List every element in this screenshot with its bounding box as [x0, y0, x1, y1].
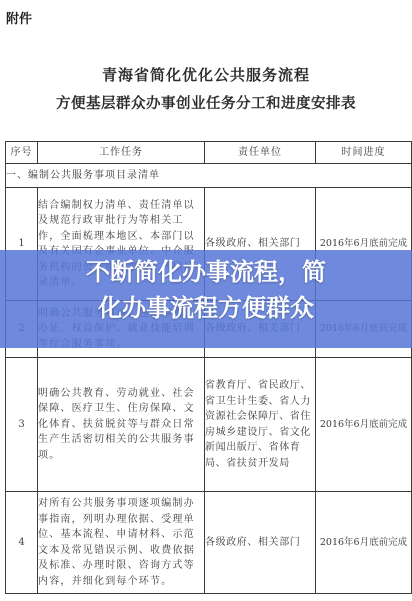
row-time: 2016年6月底前完成: [316, 492, 412, 594]
document-title-line1: 青海省简化优化公共服务流程: [0, 64, 412, 85]
headline-line1: 不断简化办事流程，简: [0, 254, 412, 290]
section-title: 一、编制公共服务事项目录清单: [6, 164, 412, 188]
header-time: 时间进度: [316, 142, 412, 164]
task-schedule-table: 序号 工作任务 责任单位 时间进度 一、编制公共服务事项目录清单 1 结合编制权…: [5, 141, 412, 594]
headline-overlay-text: 不断简化办事流程，简 化办事流程方便群众: [0, 254, 412, 326]
row-no: 3: [6, 358, 38, 492]
row-task: 明确公共教育、劳动就业、社会保障、医疗卫生、住房保障、文化体育、扶贫脱贫等与群众…: [38, 358, 205, 492]
attachment-label: 附件: [6, 8, 32, 27]
header-task: 工作任务: [38, 142, 205, 164]
headline-line2: 化办事流程方便群众: [0, 290, 412, 326]
table-header-row: 序号 工作任务 责任单位 时间进度: [6, 142, 412, 164]
row-time: 2016年6月底前完成: [316, 358, 412, 492]
section-row: 一、编制公共服务事项目录清单: [6, 164, 412, 188]
row-unit: 各级政府、相关部门: [205, 492, 316, 594]
row-no: 4: [6, 492, 38, 594]
header-no: 序号: [6, 142, 38, 164]
header-unit: 责任单位: [205, 142, 316, 164]
row-unit: 省教育厅、省民政厅、省卫生计生委、省人力资源社会保障厅、省住房城乡建设厅、省文化…: [205, 358, 316, 492]
table-row: 4 对所有公共服务事项逐项编制办事指南，列明办理依据、受理单位、基本流程、申请材…: [6, 492, 412, 594]
document-title-line2: 方便基层群众办事创业任务分工和进度安排表: [0, 92, 412, 113]
row-task: 对所有公共服务事项逐项编制办事指南，列明办理依据、受理单位、基本流程、申请材料、…: [38, 492, 205, 594]
table-row: 3 明确公共教育、劳动就业、社会保障、医疗卫生、住房保障、文化体育、扶贫脱贫等与…: [6, 358, 412, 492]
